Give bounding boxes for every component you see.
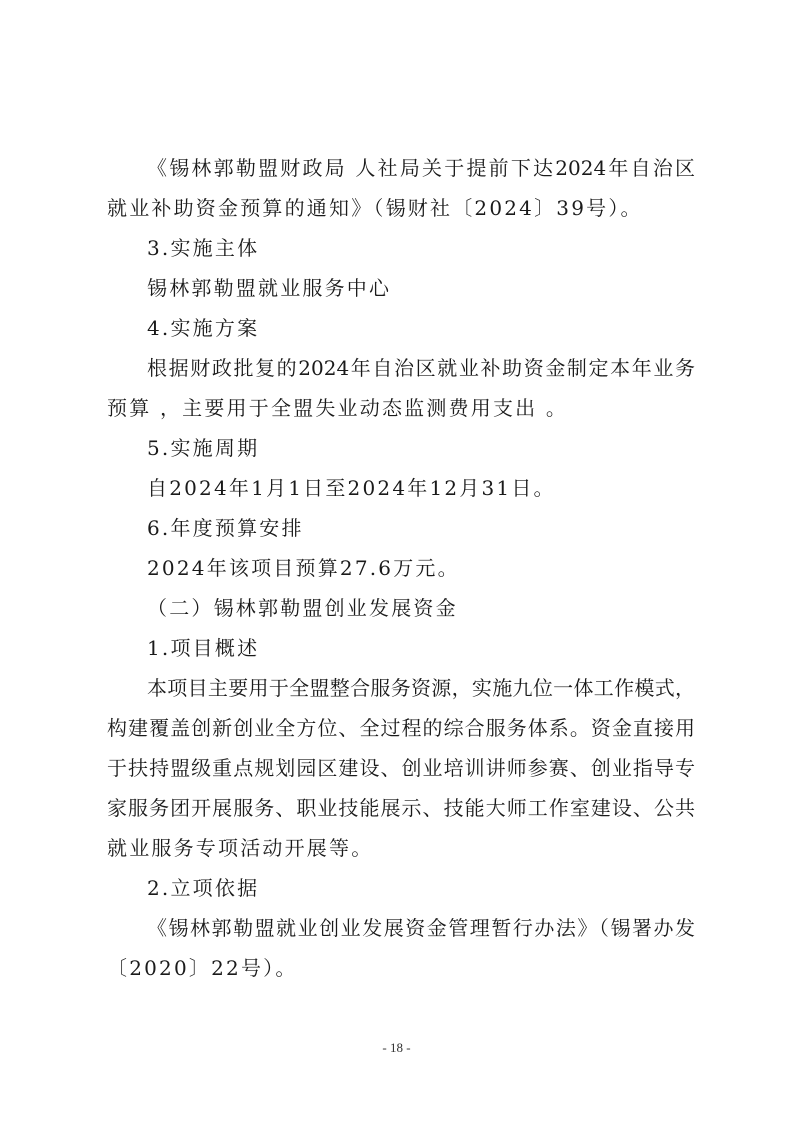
section-heading: 1.项目概述	[107, 628, 695, 668]
paragraph-line: 锡林郭勒盟就业服务中心	[107, 268, 695, 308]
paragraph-line: 就业服务专项活动开展等。	[107, 828, 695, 868]
paragraph-line: 根据财政批复的2024年自治区就业补助资金制定本年业务	[107, 348, 695, 388]
page-number: - 18 -	[0, 1040, 793, 1056]
section-heading: 5.实施周期	[107, 428, 695, 468]
paragraph-line: 本项目主要用于全盟整合服务资源，实施九位一体工作模式，	[107, 668, 695, 708]
section-heading: 6.年度预算安排	[107, 508, 695, 548]
paragraph-line: 就业补助资金预算的通知》（锡财社〔2024〕39号）。	[107, 188, 695, 228]
paragraph-line: 〔2020〕22号）。	[107, 948, 695, 988]
paragraph-line: 家服务团开展服务、职业技能展示、技能大师工作室建设、公共	[107, 788, 695, 828]
paragraph-line: 《锡林郭勒盟就业创业发展资金管理暂行办法》（锡署办发	[107, 908, 695, 948]
section-heading: 2.立项依据	[107, 868, 695, 908]
subsection-title: （二）锡林郭勒盟创业发展资金	[107, 588, 695, 628]
paragraph-line: 2024年该项目预算27.6万元。	[107, 548, 695, 588]
section-heading: 3.实施主体	[107, 228, 695, 268]
paragraph-line: 自2024年1月1日至2024年12月31日。	[107, 468, 695, 508]
paragraph-line: 构建覆盖创新创业全方位、全过程的综合服务体系。资金直接用	[107, 708, 695, 748]
paragraph-line: 《锡林郭勒盟财政局 人社局关于提前下达2024年自治区	[107, 148, 695, 188]
paragraph-line: 预算 ，主要用于全盟失业动态监测费用支出 。	[107, 388, 695, 428]
section-heading: 4.实施方案	[107, 308, 695, 348]
document-body: 《锡林郭勒盟财政局 人社局关于提前下达2024年自治区 就业补助资金预算的通知》…	[107, 148, 695, 988]
paragraph-line: 于扶持盟级重点规划园区建设、创业培训讲师参赛、创业指导专	[107, 748, 695, 788]
